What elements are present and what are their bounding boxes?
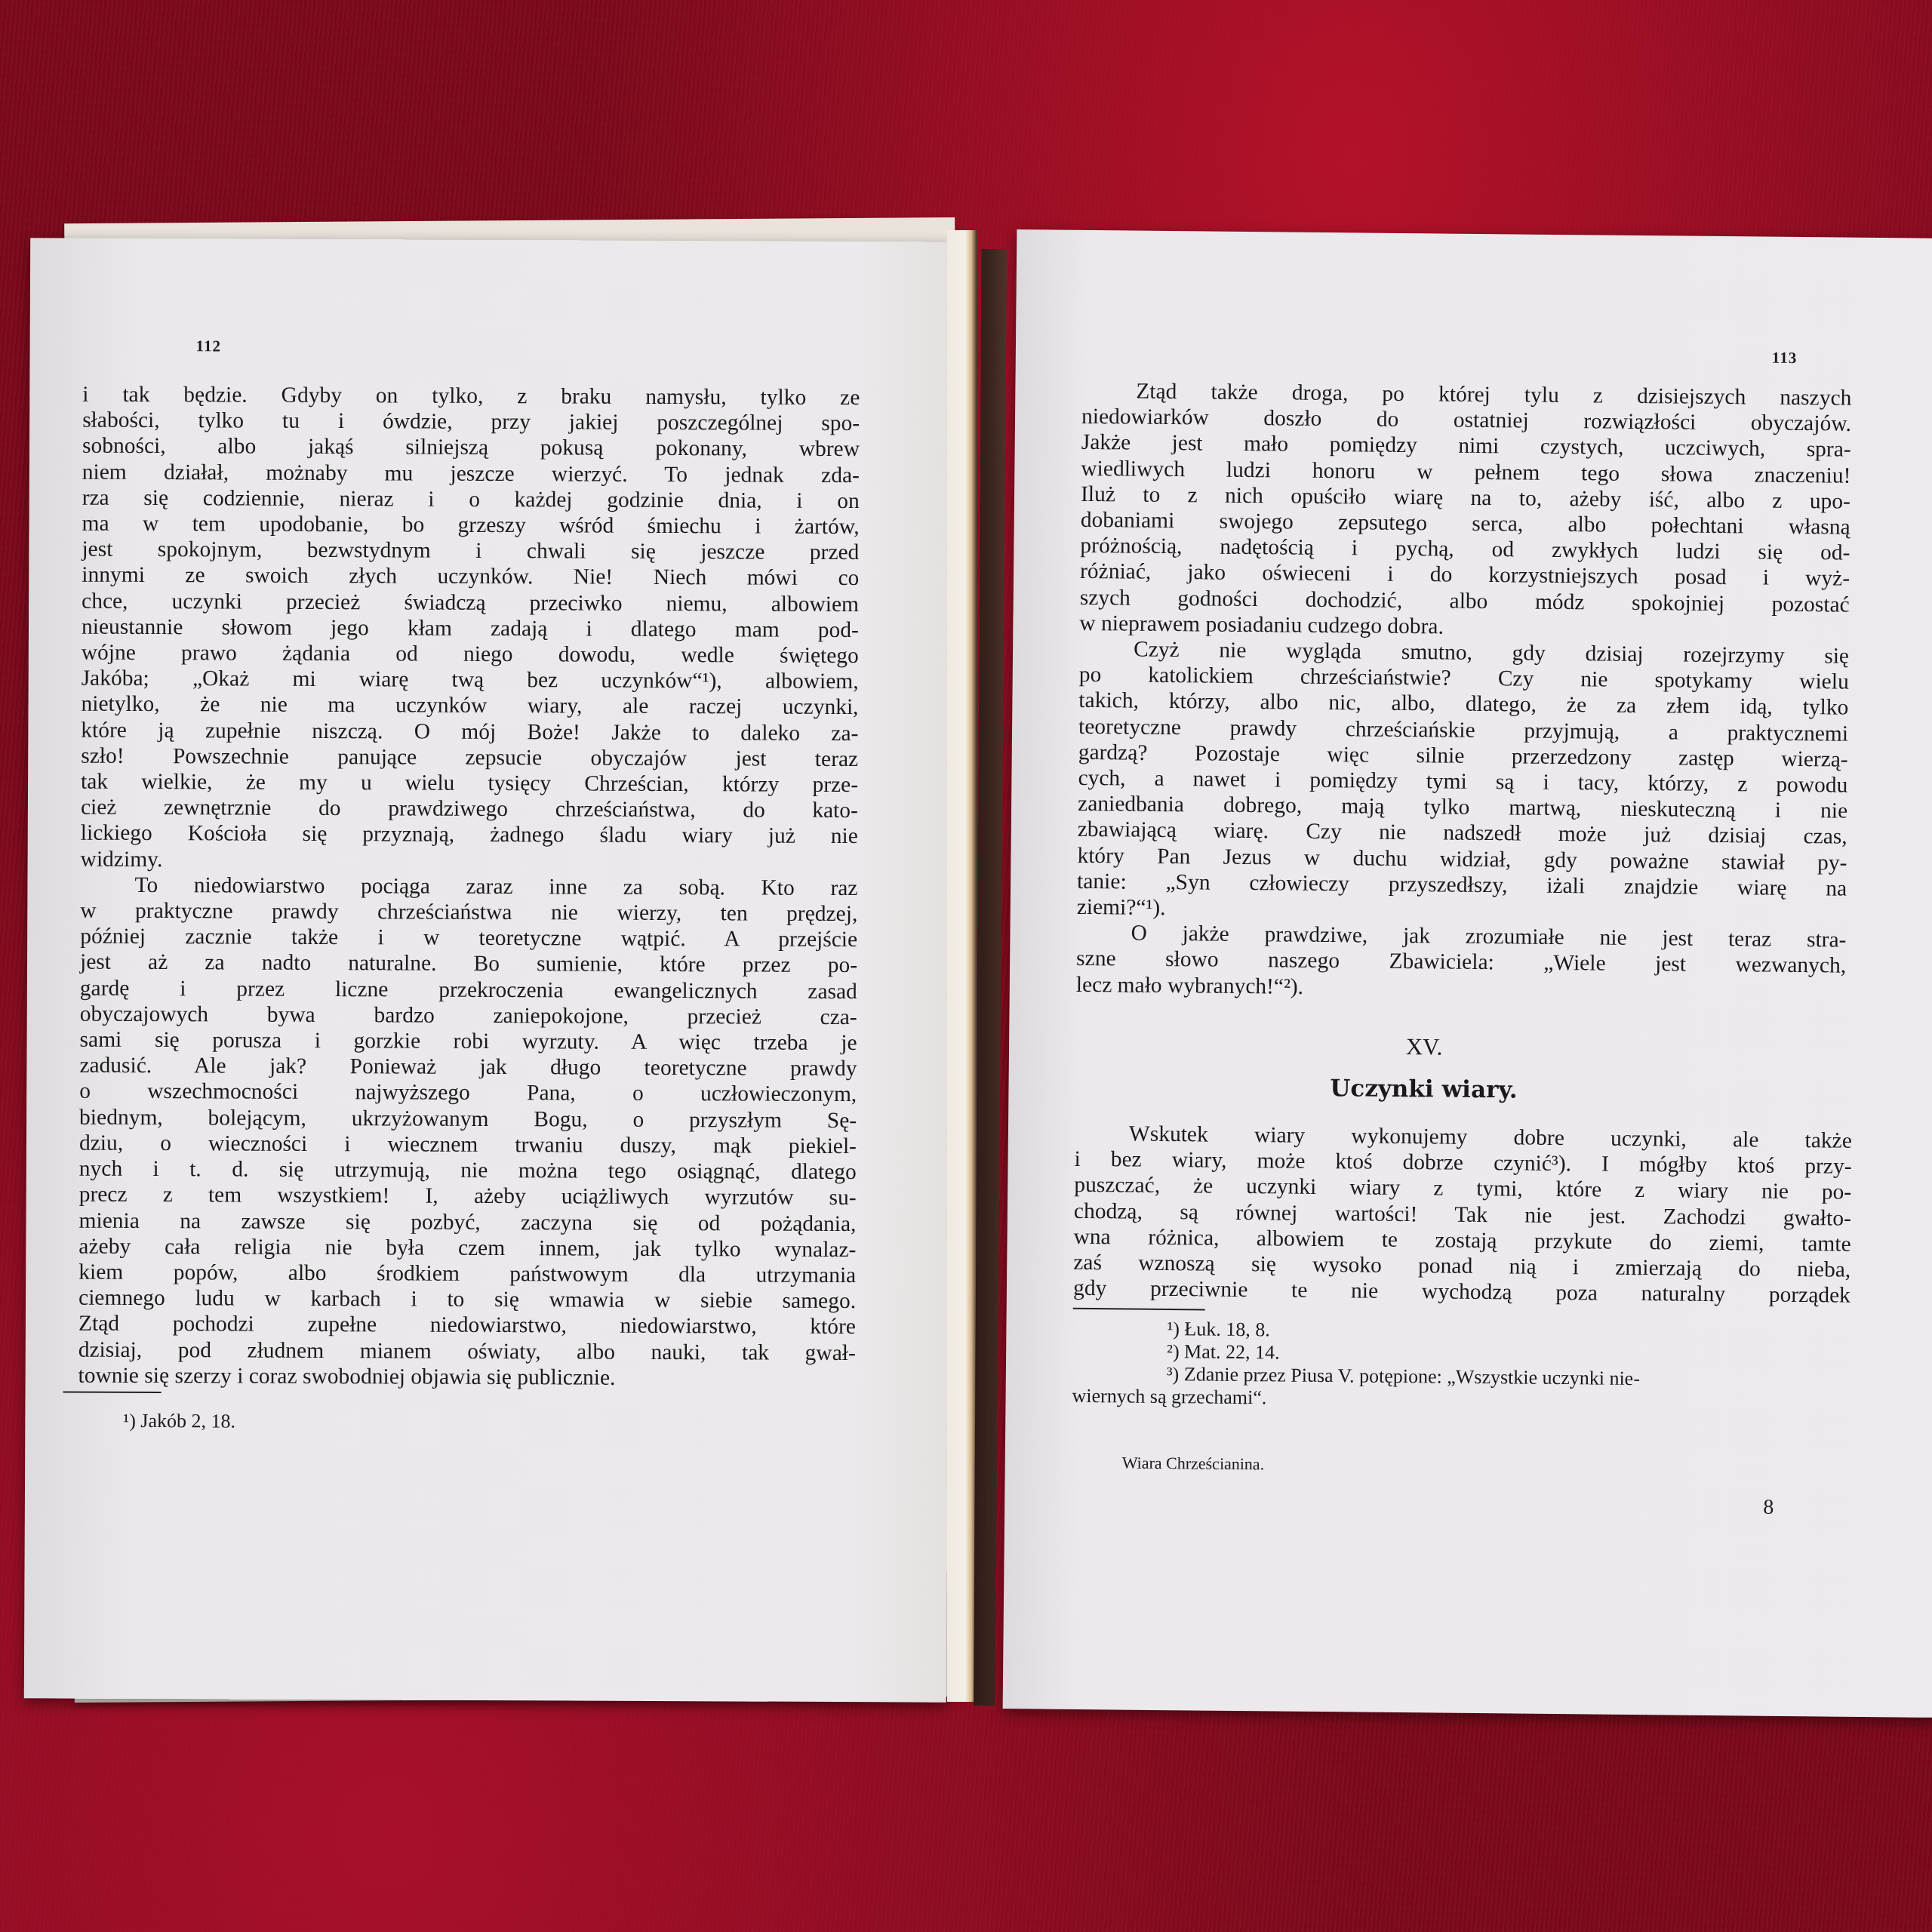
footnote-rule <box>63 1392 162 1394</box>
signature-number: 8 <box>1763 1496 1774 1520</box>
footnote-rule <box>1073 1308 1205 1311</box>
text-line: Jakóba; „Okaż mi wiarę twą bez uczynków“… <box>82 666 859 695</box>
text-line: ma w tem upodobanie, bo grzeszy wśród śm… <box>82 511 860 540</box>
text-line: precz z tem wszystkiem! I, ażeby uciążli… <box>79 1182 857 1211</box>
right-footnotes: ¹) Łuk. 18, 8.²) Mat. 22, 14.³) Zdanie p… <box>1072 1317 1850 1415</box>
text-line: które ją zupełnie niszczą. O mój Boże! J… <box>81 717 858 746</box>
left-page-body: i tak będzie. Gdyby on tylko, z braku na… <box>78 382 860 1392</box>
text-line: ciemnego ludu w karbach i to się wmawia … <box>78 1285 856 1315</box>
text-line: nietylko, że nie ma uczynków wiary, ale … <box>81 691 858 721</box>
text-line: o wszechmocności najwyższego Pana, o ucz… <box>79 1078 857 1108</box>
text-line: dziu, o wieczności i wiecznem trwaniu du… <box>79 1131 857 1160</box>
text-line: później zacznie także i w teoretyczne wą… <box>80 924 857 953</box>
text-line: lickiego Kościoła się przyznają, żadnego… <box>81 820 858 850</box>
text-line: rza się codziennie, nieraz i o każdej go… <box>82 485 860 514</box>
text-line: ażeby cała religia nie była czem innem, … <box>78 1233 856 1263</box>
right-page-body-bottom: Wskutek wiary wykonujemy dobre uczynki, … <box>1073 1121 1852 1309</box>
text-line: jest spokojnym, bezwstydnym i chwali się… <box>82 537 859 566</box>
text-line: kiem popów, albo środkiem państwowym dla… <box>78 1260 856 1289</box>
text-line: w praktyczne prawdy chrześciaństwa nie w… <box>80 898 857 928</box>
left-page: 112 i tak będzie. Gdyby on tylko, z brak… <box>24 238 952 1702</box>
text-line: sami się porusza i gorzkie robi wyrzuty.… <box>80 1027 857 1057</box>
text-line: widzimy. <box>81 846 858 875</box>
right-page: 113 Ztąd także droga, po której tylu z d… <box>1003 229 1932 1718</box>
text-line: sobności, albo jakąś silniejszą pokusą p… <box>82 433 860 463</box>
text-line: tak wielkie, że my u wielu tysięcy Chrze… <box>81 769 858 798</box>
left-footnotes: ¹) Jakób 2, 18. <box>123 1410 802 1435</box>
chapter-title: Uczynki wiary. <box>1008 1072 1838 1107</box>
page-number: 113 <box>1772 349 1798 368</box>
text-line: wójne prawo żądania od niego dowodu, wed… <box>82 640 859 669</box>
text-line: jest aż za nadto naturalne. Bo sumienie,… <box>80 949 857 979</box>
text-line: nieustannie słowom jego kłam zadają i dl… <box>82 614 859 643</box>
page-number: 112 <box>196 337 221 355</box>
text-line: mienia na zawsze się pozbyć, zaczyna się… <box>78 1207 856 1237</box>
footnote: ¹) Jakób 2, 18. <box>123 1410 802 1435</box>
text-line: townie się szerzy i coraz swobodniej obj… <box>78 1362 856 1392</box>
text-line: nych i t. d. się utrzymują, nie można te… <box>79 1156 857 1186</box>
text-line: zadusić. Ale jak? Ponieważ jak długo teo… <box>79 1053 857 1082</box>
text-line: gardę i przez liczne przekroczenia ewang… <box>80 975 857 1004</box>
text-line: dzisiaj, pod złudnem mianem oświaty, alb… <box>78 1337 856 1366</box>
text-line: biednym, bolejącym, ukrzyżowanym Bogu, o… <box>79 1104 857 1134</box>
right-page-body-top: Ztąd także droga, po której tylu z dzisi… <box>1076 378 1852 1005</box>
text-line: niem działał, możnaby mu jeszcze wierzyć… <box>82 459 860 488</box>
text-line: i tak będzie. Gdyby on tylko, z braku na… <box>82 382 860 411</box>
signature-title: Wiara Chrześcianina. <box>1122 1454 1265 1475</box>
chapter-number: XV. <box>1009 1029 1839 1065</box>
text-line: chce, uczynki przecież świadczą przeciwk… <box>82 588 859 617</box>
text-line: To niedowiarstwo pociąga zaraz inne za s… <box>80 872 857 902</box>
text-line: obyczajowych bywa bardzo zaniepokojone, … <box>80 1001 857 1031</box>
spine-edge <box>947 230 977 1702</box>
text-line: Ztąd pochodzi zupełne niedowiarstwo, nie… <box>78 1311 856 1340</box>
text-line: słabości, tylko tu i ówdzie, przy jakiej… <box>82 408 860 437</box>
text-line: cież zewnętrznie do prawdziwego chrześci… <box>81 795 858 824</box>
text-line: innymi ze swoich złych uczynków. Nie! Ni… <box>82 562 859 592</box>
text-line: szło! Powszechnie panujące zepsucie obyc… <box>81 743 858 772</box>
